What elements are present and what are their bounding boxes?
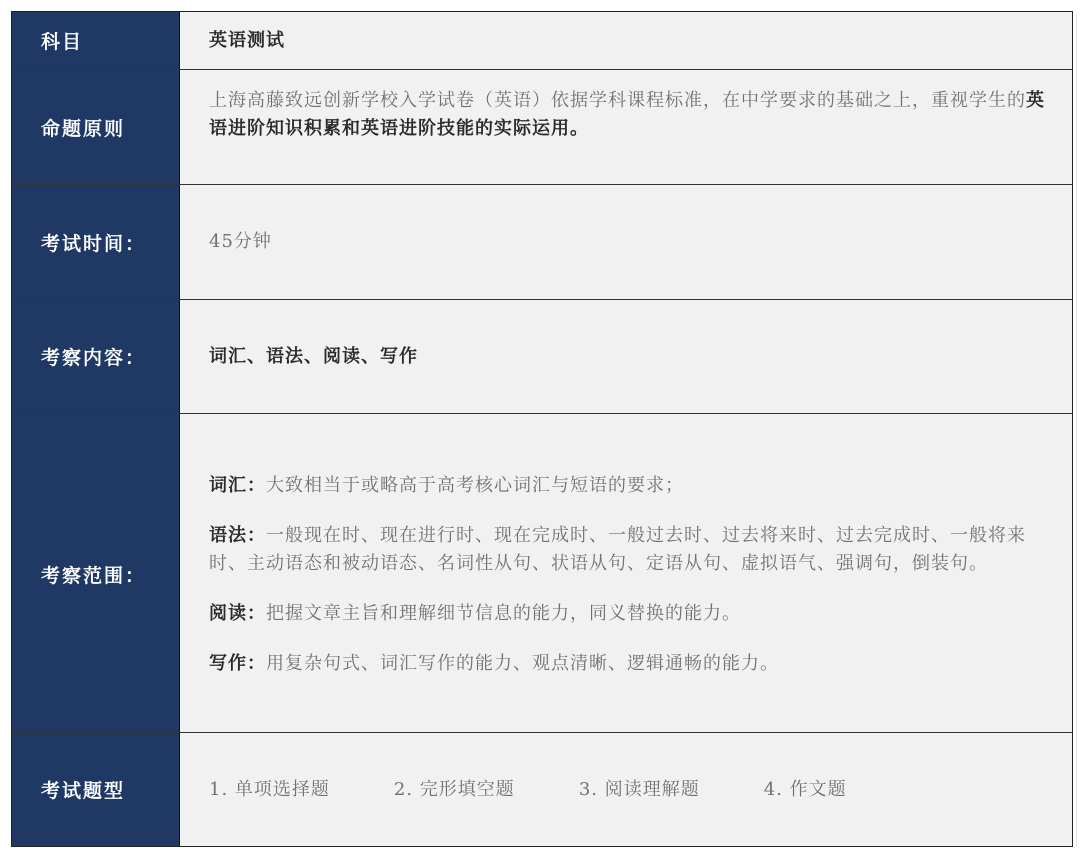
question-type-item: 3. 阅读理解题	[579, 776, 700, 804]
row-duration: 考试时间： 45分钟	[12, 184, 1072, 299]
scope-term: 阅读：	[209, 603, 266, 624]
subject-value: 英语测试	[209, 27, 1056, 55]
principle-plain: 上海高藤致远创新学校入学试卷（英语）依据学科课程标准，在中学要求的基础之上，重视…	[209, 90, 1026, 111]
content-value: 词汇、语法、阅读、写作	[209, 343, 1056, 371]
row-scope: 考察范围： 词汇：大致相当于或略高于高考核心词汇与短语的要求； 语法：一般现在时…	[12, 413, 1072, 732]
scope-item-vocab: 词汇：大致相当于或略高于高考核心词汇与短语的要求；	[209, 472, 1056, 500]
question-type-list: 1. 单项选择题 2. 完形填空题 3. 阅读理解题 4. 作文题	[209, 776, 1056, 804]
row-subject: 科目 英语测试	[12, 12, 1072, 69]
scope-item-writing: 写作：用复杂句式、词汇写作的能力、观点清晰、逻辑通畅的能力。	[209, 650, 1056, 678]
label-content: 考察内容：	[12, 300, 180, 413]
value-scope: 词汇：大致相当于或略高于高考核心词汇与短语的要求； 语法：一般现在时、现在进行时…	[180, 414, 1072, 732]
scope-desc: 大致相当于或略高于高考核心词汇与短语的要求；	[266, 475, 684, 496]
page-edge-divider	[1076, 12, 1080, 847]
scope-item-reading: 阅读：把握文章主旨和理解细节信息的能力，同义替换的能力。	[209, 600, 1056, 628]
label-question-types: 考试题型	[12, 733, 180, 846]
scope-desc: 一般现在时、现在进行时、现在完成时、一般过去时、过去将来时、过去完成时、一般将来…	[209, 525, 1026, 574]
value-subject: 英语测试	[180, 12, 1072, 69]
row-question-types: 考试题型 1. 单项选择题 2. 完形填空题 3. 阅读理解题 4. 作文题	[12, 732, 1072, 846]
label-scope: 考察范围：	[12, 414, 180, 732]
principle-text: 上海高藤致远创新学校入学试卷（英语）依据学科课程标准，在中学要求的基础之上，重视…	[209, 87, 1056, 143]
scope-term: 词汇：	[209, 475, 266, 496]
duration-value: 45分钟	[209, 228, 1056, 256]
row-principle: 命题原则 上海高藤致远创新学校入学试卷（英语）依据学科课程标准，在中学要求的基础…	[12, 69, 1072, 184]
value-duration: 45分钟	[180, 185, 1072, 299]
label-duration: 考试时间：	[12, 185, 180, 299]
value-content: 词汇、语法、阅读、写作	[180, 300, 1072, 413]
question-type-item: 1. 单项选择题	[209, 776, 330, 804]
value-question-types: 1. 单项选择题 2. 完形填空题 3. 阅读理解题 4. 作文题	[180, 733, 1072, 846]
scope-desc: 用复杂句式、词汇写作的能力、观点清晰、逻辑通畅的能力。	[266, 653, 779, 674]
question-type-item: 4. 作文题	[764, 776, 847, 804]
scope-term: 写作：	[209, 653, 266, 674]
question-type-item: 2. 完形填空题	[394, 776, 515, 804]
label-principle: 命题原则	[12, 70, 180, 184]
scope-term: 语法：	[209, 525, 266, 546]
row-content: 考察内容： 词汇、语法、阅读、写作	[12, 299, 1072, 413]
scope-desc: 把握文章主旨和理解细节信息的能力，同义替换的能力。	[266, 603, 741, 624]
label-subject: 科目	[12, 12, 180, 69]
scope-item-grammar: 语法：一般现在时、现在进行时、现在完成时、一般过去时、过去将来时、过去完成时、一…	[209, 522, 1056, 578]
exam-info-table: 科目 英语测试 命题原则 上海高藤致远创新学校入学试卷（英语）依据学科课程标准，…	[11, 11, 1073, 847]
value-principle: 上海高藤致远创新学校入学试卷（英语）依据学科课程标准，在中学要求的基础之上，重视…	[180, 70, 1072, 184]
